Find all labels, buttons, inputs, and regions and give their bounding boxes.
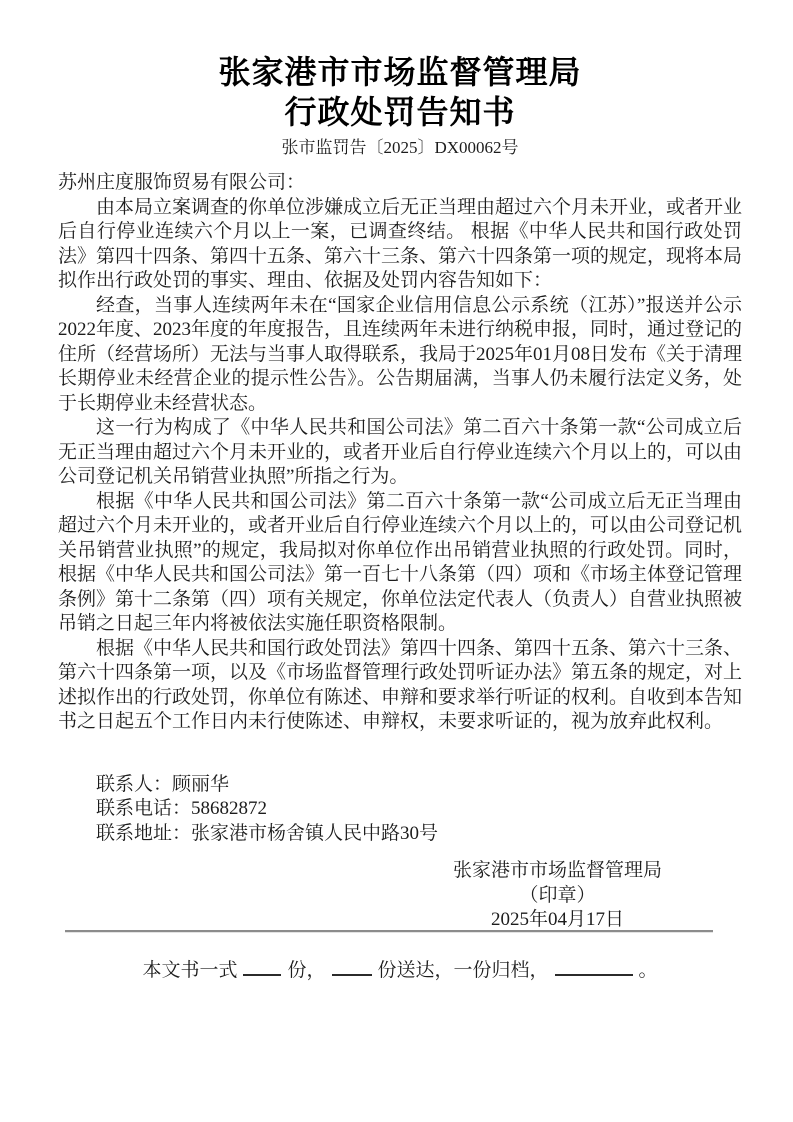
body-paragraph: 由本局立案调查的你单位涉嫌成立后无正当理由超过六个月未开业，或者开业后自行停业连… [58, 196, 742, 294]
contact-address-line: 联系地址：张家港市杨舍镇人民中路30号 [58, 822, 742, 847]
contact-phone-value: 58682872 [191, 798, 267, 819]
footer-text-copies-prefix: 本文书一式 [142, 960, 237, 981]
body-paragraph: 这一行为构成了《中华人民共和国公司法》第二百六十条第一款“公司成立后无正当理由超… [58, 416, 742, 490]
signature-agency: 张家港市市场监督管理局 [453, 859, 662, 884]
contact-block: 联系人：顾丽华 联系电话：58682872 联系地址：张家港市杨舍镇人民中路30… [58, 773, 742, 847]
contact-phone-label: 联系电话： [96, 798, 191, 819]
contact-person-label: 联系人： [96, 774, 172, 795]
contact-person-line: 联系人：顾丽华 [58, 773, 742, 798]
agency-title: 张家港市市场监督管理局 [58, 52, 742, 92]
copies-count-blank [243, 963, 281, 976]
document-number: 张市监罚告〔2025〕DX00062号 [58, 137, 742, 159]
delivery-count-blank [332, 963, 372, 976]
document-page: 张家港市市场监督管理局 行政处罚告知书 张市监罚告〔2025〕DX00062号 … [0, 0, 793, 1122]
contact-person-value: 顾丽华 [172, 774, 229, 795]
body-paragraph: 经查，当事人连续两年未在“国家企业信用信息公示系统（江苏）”报送并公示2022年… [58, 294, 742, 417]
footer-note: 本文书一式份，份送达，一份归档，。 [58, 959, 742, 984]
footer-text-copies-suffix: 份， [287, 960, 325, 981]
body-paragraph: 根据《中华人民共和国公司法》第二百六十条第一款“公司成立后无正当理由超过六个月未… [58, 490, 742, 637]
misc-blank [555, 963, 633, 976]
contact-phone-line: 联系电话：58682872 [58, 797, 742, 822]
footer-text-period: 。 [639, 960, 658, 981]
signature-block: 张家港市市场监督管理局 （印章） 2025年04月17日 [453, 859, 662, 933]
signature-seal: （印章） [453, 884, 662, 909]
contact-address-label: 联系地址： [96, 823, 191, 844]
addressee-line: 苏州庄度服饰贸易有限公司： [58, 171, 742, 196]
footer-text-delivery-archive: 份送达，一份归档， [378, 960, 549, 981]
document-title: 行政处罚告知书 [58, 92, 742, 132]
contact-address-value: 张家港市杨舍镇人民中路30号 [191, 823, 438, 844]
document-body: 苏州庄度服饰贸易有限公司： 由本局立案调查的你单位涉嫌成立后无正当理由超过六个月… [58, 171, 742, 735]
body-paragraph: 根据《中华人民共和国行政处罚法》第四十四条、第四十五条、第六十三条、第六十四条第… [58, 637, 742, 735]
